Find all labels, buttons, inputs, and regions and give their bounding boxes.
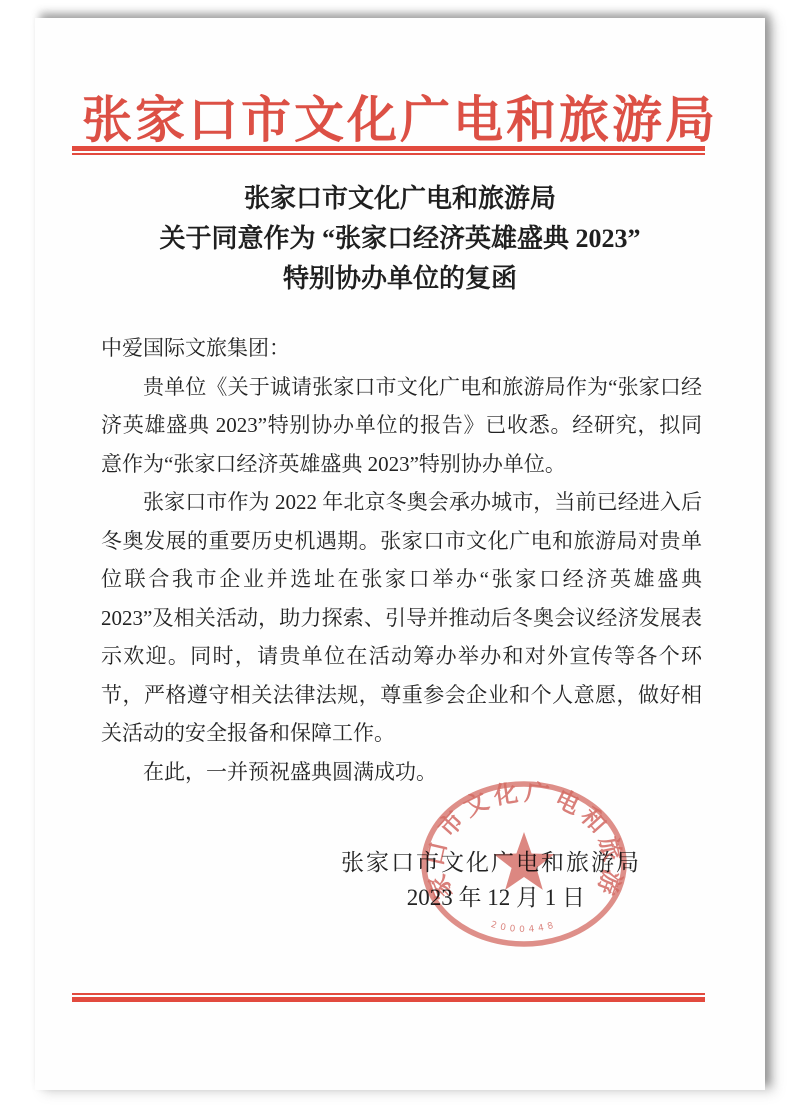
footer-separator-rule: [72, 993, 705, 1002]
body-paragraph: 贵单位《关于诚请张家口市文化广电和旅游局作为“张家口经济英雄盛典 2023”特别…: [101, 368, 702, 484]
separator-thick-line: [72, 997, 705, 1002]
document-title-line2: 关于同意作为 “张家口经济英雄盛典 2023”: [35, 219, 765, 259]
seal-code: 2000448: [490, 920, 559, 935]
separator-thin-line: [72, 993, 705, 995]
body-paragraph: 张家口市作为 2022 年北京冬奥会承办城市，当前已经进入后冬奥发展的重要历史机…: [101, 483, 702, 753]
header-separator-rule: [72, 146, 705, 155]
document-title-line3: 特别协办单位的复函: [35, 259, 765, 299]
separator-thin-line: [72, 153, 705, 155]
signature-date: 2023 年 12 月 1 日: [407, 879, 585, 912]
body-paragraph: 在此，一并预祝盛典圆满成功。: [101, 753, 702, 792]
signature-agency-name: 张家口市文化广电和旅游局: [341, 844, 641, 877]
document-title: 张家口市文化广电和旅游局 关于同意作为 “张家口经济英雄盛典 2023” 特别协…: [35, 179, 765, 299]
separator-thick-line: [72, 146, 705, 151]
letter-body: 中爱国际文旅集团： 贵单位《关于诚请张家口市文化广电和旅游局作为“张家口经济英雄…: [101, 329, 702, 791]
document-page: 张家口市文化广电和旅游局 张家口市文化广电和旅游局 关于同意作为 “张家口经济英…: [35, 18, 765, 1090]
salutation: 中爱国际文旅集团：: [101, 329, 702, 368]
document-title-line1: 张家口市文化广电和旅游局: [35, 179, 765, 219]
letterhead-agency-title: 张家口市文化广电和旅游局: [35, 80, 765, 152]
